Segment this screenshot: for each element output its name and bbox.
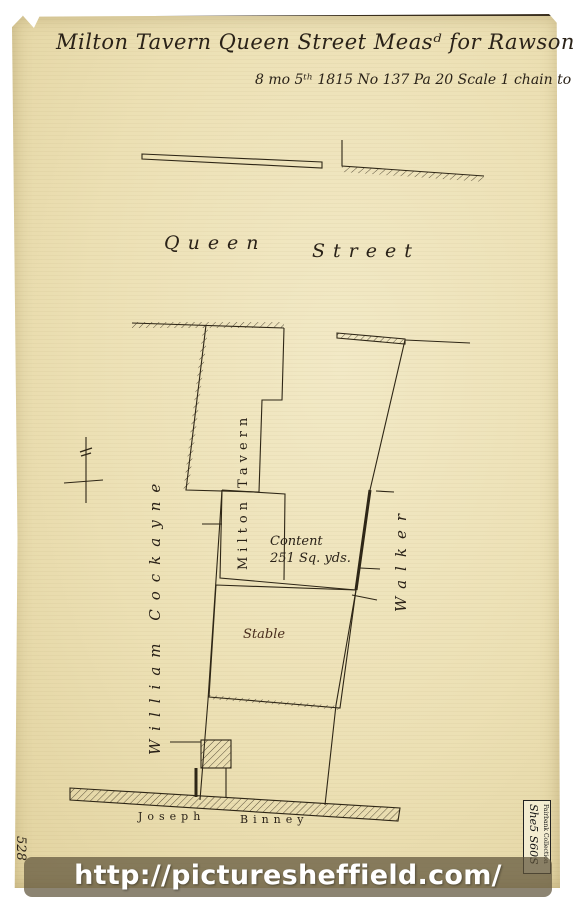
tavern-label-milton: Milton Tavern (236, 413, 251, 570)
document-subtitle: 8 mo 5ᵗʰ 1815 No 137 Pa 20 Scale 1 chain… (255, 72, 574, 88)
street-label-queen: Queen (164, 232, 267, 254)
source-watermark: http://picturesheffield.com/ (24, 857, 552, 897)
stamp-reference: She5 S60S (527, 804, 540, 865)
content-title: Content (270, 533, 351, 550)
street-label-street: Street (312, 240, 420, 262)
stable-label: Stable (243, 627, 285, 642)
document-title: Milton Tavern Queen Street Measᵈ for Raw… (56, 30, 574, 54)
neighbour-label-south-last: Binney (240, 813, 309, 826)
stamp-collection-name: Fairbank Collection (542, 804, 549, 864)
margin-reference-number: 528 (13, 836, 28, 861)
neighbour-label-south-first: Joseph (138, 810, 205, 823)
neighbour-label-west: William Cockayne (146, 475, 164, 755)
tavern-label-text: Milton Tavern (236, 413, 251, 570)
content-area-label: Content 251 Sq. yds. (270, 533, 351, 567)
site-plan-drawing (0, 0, 574, 900)
content-value: 251 Sq. yds. (270, 550, 351, 567)
neighbour-label-east: Walker (392, 505, 410, 612)
